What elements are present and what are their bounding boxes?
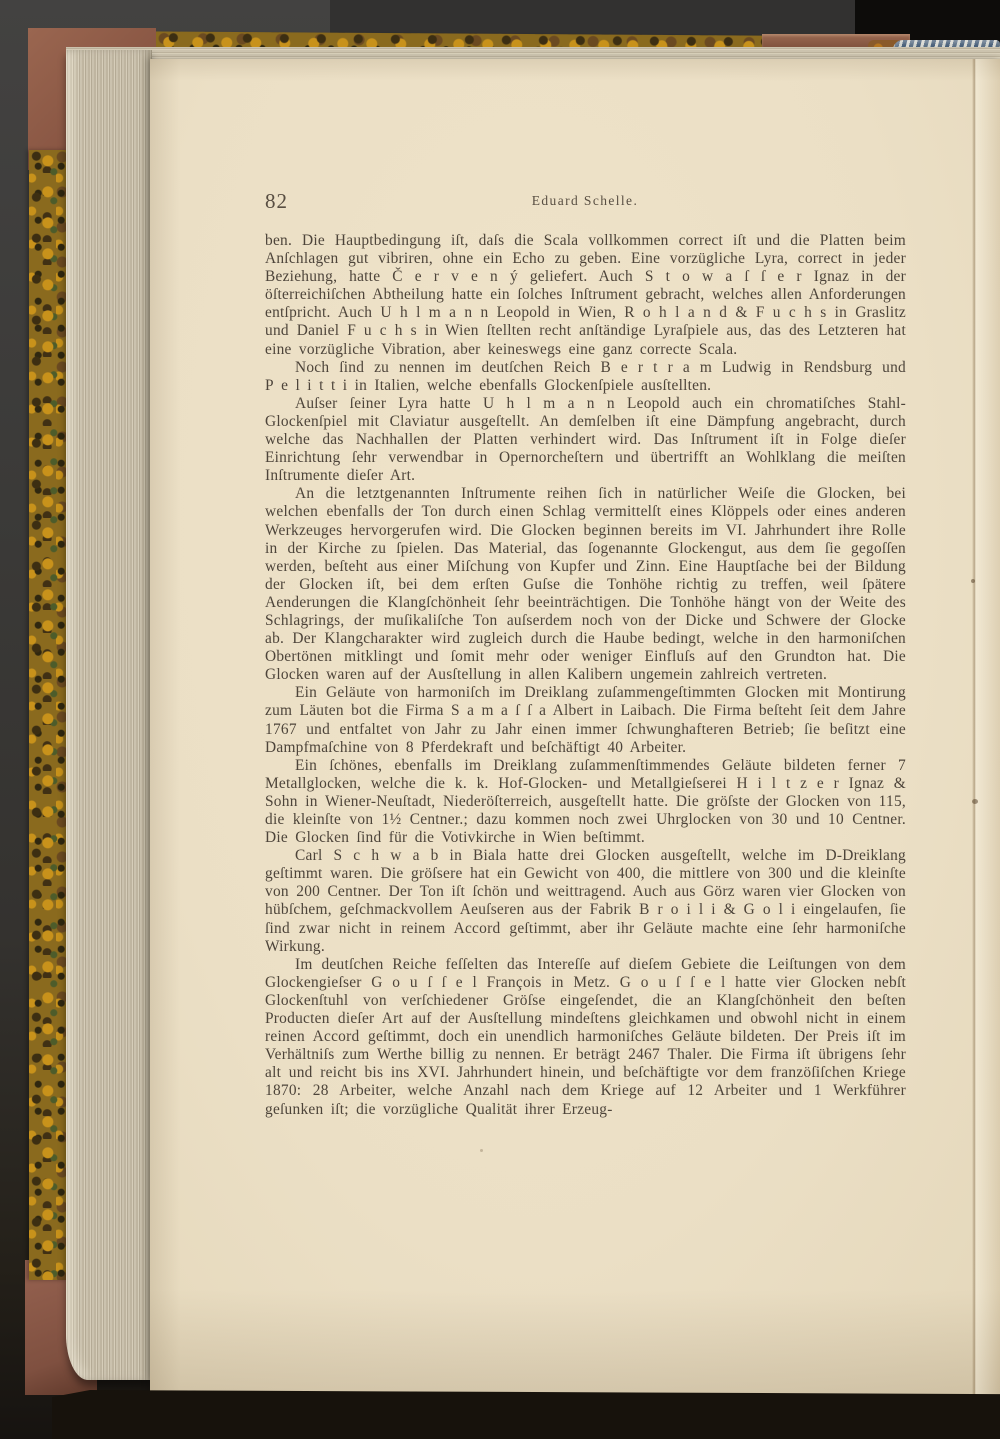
running-title: Eduard Schelle. — [265, 193, 905, 209]
book-photo-scene: 82 Eduard Schelle. ben. Die Hauptbedingu… — [0, 0, 1000, 1439]
paragraph: An die letztgenannten Inſtrumente reihen… — [265, 485, 906, 684]
paragraph: ben. Die Hauptbedingung iſt, daſs die Sc… — [265, 232, 906, 359]
page-gutter-crease — [972, 59, 976, 1396]
paper-speck — [480, 1149, 483, 1152]
paragraph: Ein Geläute von harmoniſch im Dreiklang … — [265, 684, 906, 756]
paragraph: Carl S c h w a b in Biala hatte drei Glo… — [265, 847, 906, 956]
paper-speck — [971, 579, 975, 583]
book-page: 82 Eduard Schelle. ben. Die Hauptbedingu… — [150, 59, 1000, 1396]
page-gutter-zone — [976, 59, 1000, 1396]
page-body: ben. Die Hauptbedingung iſt, daſs die Sc… — [265, 232, 906, 1119]
page-edges-stack — [66, 50, 152, 1380]
page-number: 82 — [265, 189, 288, 214]
page-header: 82 Eduard Schelle. — [265, 193, 905, 215]
paragraph: Ein ſchönes, ebenfalls im Dreiklang zuſa… — [265, 757, 906, 847]
paragraph: Auſser ſeiner Lyra hatte U h l m a n n L… — [265, 395, 906, 485]
paragraph: Noch ſind zu nennen im deutſchen Reich B… — [265, 359, 906, 395]
paper-speck — [972, 799, 978, 804]
bottom-shadow-band — [52, 1388, 1000, 1439]
paragraph: Im deutſchen Reiche feſſelten das Intere… — [265, 956, 906, 1119]
book-cover-left-edge — [29, 150, 68, 1280]
